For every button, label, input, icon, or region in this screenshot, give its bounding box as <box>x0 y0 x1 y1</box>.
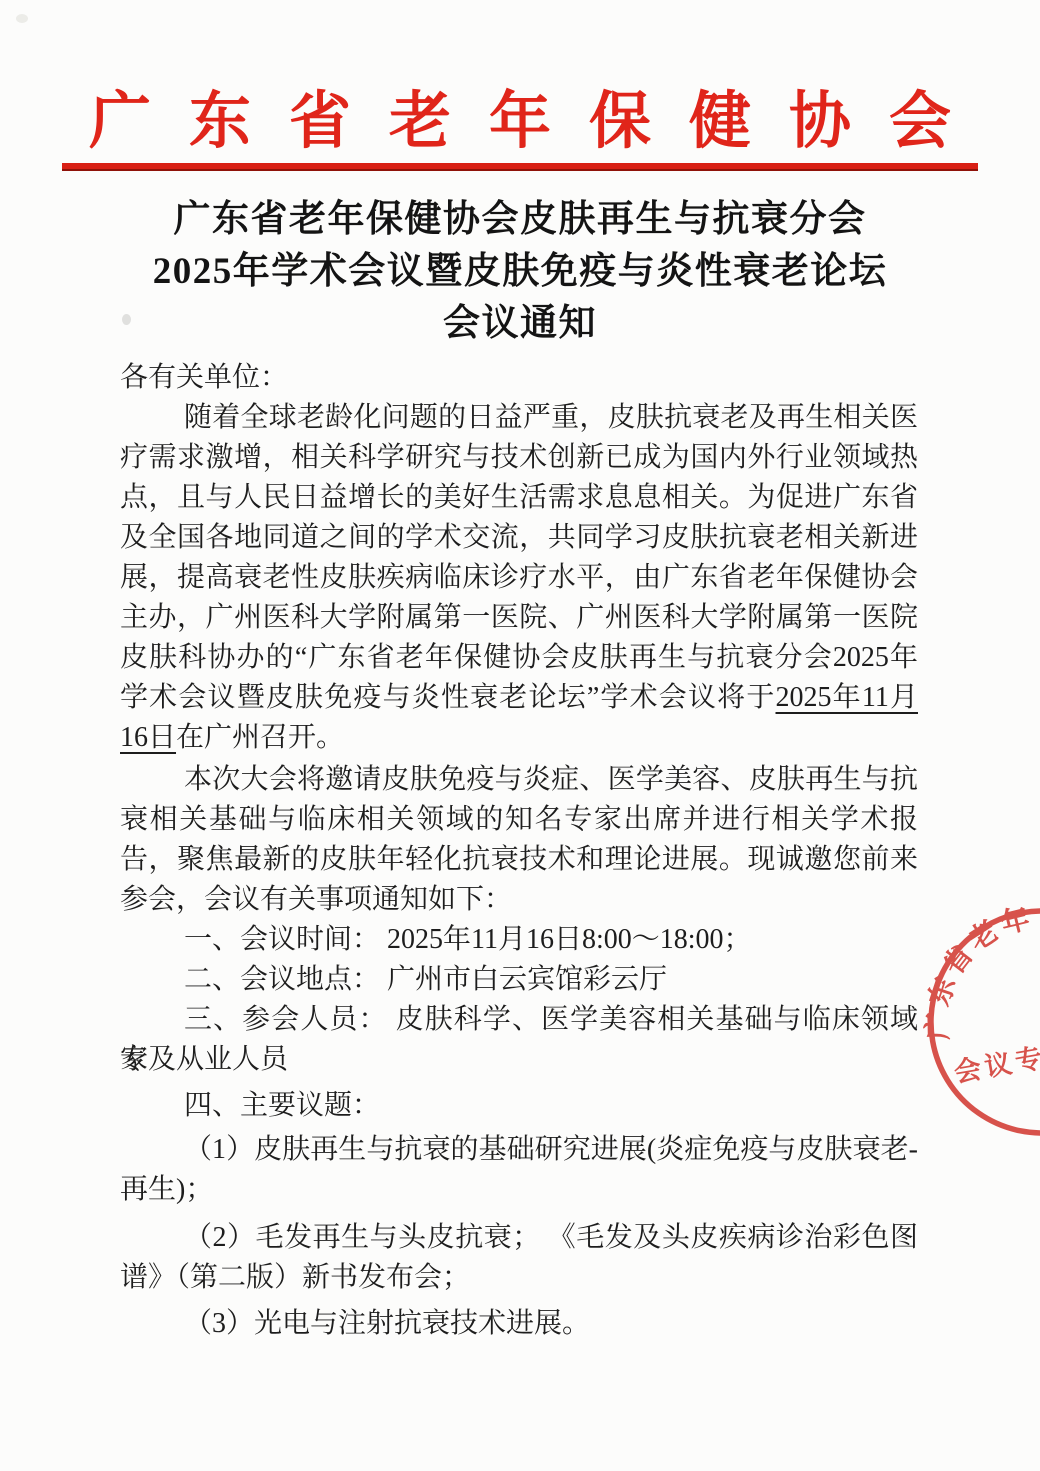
text-line: 衰相关基础与临床相关领域的知名专家出席并进行相关学术报 <box>120 800 918 840</box>
underlined-text: 16日 <box>120 722 176 753</box>
text-line: （3）光电与注射抗衰技术进展。 <box>120 1304 918 1344</box>
text-segment: 点，且与人民日益增长的美好生活需求息息相关。为促进广东省 <box>120 482 918 513</box>
text-segment: 四、主要议题： <box>184 1090 380 1121</box>
title-line-2: 2025年学术会议暨皮肤免疫与炎性衰老论坛 <box>0 246 1040 298</box>
text-line: 皮肤科协办的“广东省老年保健协会皮肤再生与抗衰分会2025年 <box>120 638 918 678</box>
official-seal: 广东省老年 会议专 <box>898 876 1040 1176</box>
text-line: 家及从业人员 <box>120 1040 918 1080</box>
text-segment: 疗需求激增，相关科学研究与技术创新已成为国内外行业领域热 <box>120 442 918 473</box>
text-segment: 告，聚焦最新的皮肤年轻化抗衰技术和理论进展。现诚邀您前来 <box>120 844 918 875</box>
text-line: 随着全球老龄化问题的日益严重，皮肤抗衰老及再生相关医 <box>120 398 918 438</box>
text-line: 再生)； <box>120 1170 918 1210</box>
seal-bottom-text: 会议专 <box>952 1041 1040 1088</box>
scan-artifact <box>16 14 28 23</box>
text-segment: 在广州召开。 <box>176 722 344 753</box>
text-line: 告，聚焦最新的皮肤年轻化抗衰技术和理论进展。现诚邀您前来 <box>120 840 918 880</box>
text-line: 疗需求激增，相关科学研究与技术创新已成为国内外行业领域热 <box>120 438 918 478</box>
text-line: 学术会议暨皮肤免疫与炎性衰老论坛”学术会议将于2025年11月 <box>120 678 918 718</box>
text-segment: 家及从业人员 <box>120 1044 288 1075</box>
text-line: 参会，会议有关事项通知如下： <box>120 880 918 920</box>
letterhead-title: 广东省老年保健协会 <box>0 90 1040 154</box>
title-line-1: 广东省老年保健协会皮肤再生与抗衰分会 <box>0 194 1040 246</box>
text-line: （1）皮肤再生与抗衰的基础研究进展(炎症免疫与皮肤衰老- <box>120 1130 918 1170</box>
title-line-3: 会议通知 <box>0 298 1040 350</box>
text-segment: 皮肤科协办的“广东省老年保健协会皮肤再生与抗衰分会2025年 <box>120 642 918 673</box>
text-line: 二、会议地点： 广州市白云宾馆彩云厅 <box>120 960 918 1000</box>
text-segment: 参会，会议有关事项通知如下： <box>120 884 512 915</box>
text-segment: 及全国各地同道之间的学术交流，共同学习皮肤抗衰老相关新进 <box>120 522 918 553</box>
text-segment: 再生)； <box>120 1174 213 1205</box>
text-segment: 二、会议地点： 广州市白云宾馆彩云厅 <box>184 964 667 995</box>
seal-arc-text: 广东省老年 <box>922 901 1037 1041</box>
text-line: 展，提高衰老性皮肤疾病临床诊疗水平，由广东省老年保健协会 <box>120 558 918 598</box>
text-line: 一、会议时间： 2025年11月16日8:00～18:00； <box>120 920 918 960</box>
text-segment: 学术会议暨皮肤免疫与炎性衰老论坛”学术会议将于 <box>120 682 776 713</box>
text-segment: 本次大会将邀请皮肤免疫与炎症、医学美容、皮肤再生与抗 <box>184 764 918 795</box>
text-line: （2）毛发再生与头皮抗衰； 《毛发及头皮疾病诊治彩色图 <box>120 1218 918 1258</box>
text-line: 三、参会人员： 皮肤科学、医学美容相关基础与临床领域专 <box>120 1000 918 1040</box>
text-line: 16日在广州召开。 <box>120 718 918 758</box>
text-segment: 衰相关基础与临床相关领域的知名专家出席并进行相关学术报 <box>120 804 918 835</box>
text-line: 本次大会将邀请皮肤免疫与炎症、医学美容、皮肤再生与抗 <box>120 760 918 800</box>
text-line: 及全国各地同道之间的学术交流，共同学习皮肤抗衰老相关新进 <box>120 518 918 558</box>
text-segment: （3）光电与注射抗衰技术进展。 <box>184 1308 590 1339</box>
text-segment: 主办，广州医科大学附属第一医院、广州医科大学附属第一医院 <box>120 602 918 633</box>
body-text: 各有关单位：随着全球老龄化问题的日益严重，皮肤抗衰老及再生相关医疗需求激增，相关… <box>120 358 918 1344</box>
text-segment: （2）毛发再生与头皮抗衰； 《毛发及头皮疾病诊治彩色图 <box>184 1222 918 1253</box>
text-segment: （1）皮肤再生与抗衰的基础研究进展(炎症免疫与皮肤衰老- <box>184 1134 918 1165</box>
document-page: 广东省老年保健协会 广东省老年保健协会皮肤再生与抗衰分会 2025年学术会议暨皮… <box>0 0 1040 1471</box>
text-segment: 谱》（第二版）新书发布会； <box>120 1262 470 1293</box>
text-line: 谱》（第二版）新书发布会； <box>120 1258 918 1298</box>
text-segment: 随着全球老龄化问题的日益严重，皮肤抗衰老及再生相关医 <box>184 402 918 433</box>
text-line: 点，且与人民日益增长的美好生活需求息息相关。为促进广东省 <box>120 478 918 518</box>
text-segment: 展，提高衰老性皮肤疾病临床诊疗水平，由广东省老年保健协会 <box>120 562 918 593</box>
text-line: 四、主要议题： <box>120 1086 918 1126</box>
text-line: 主办，广州医科大学附属第一医院、广州医科大学附属第一医院 <box>120 598 918 638</box>
text-segment: 各有关单位： <box>120 362 288 393</box>
text-segment: 一、会议时间： 2025年11月16日8:00～18:00； <box>184 924 752 955</box>
underlined-text: 2025年11月 <box>776 682 919 713</box>
letterhead-rule <box>62 163 978 171</box>
text-line: 各有关单位： <box>120 358 918 398</box>
document-title: 广东省老年保健协会皮肤再生与抗衰分会 2025年学术会议暨皮肤免疫与炎性衰老论坛… <box>0 194 1040 350</box>
